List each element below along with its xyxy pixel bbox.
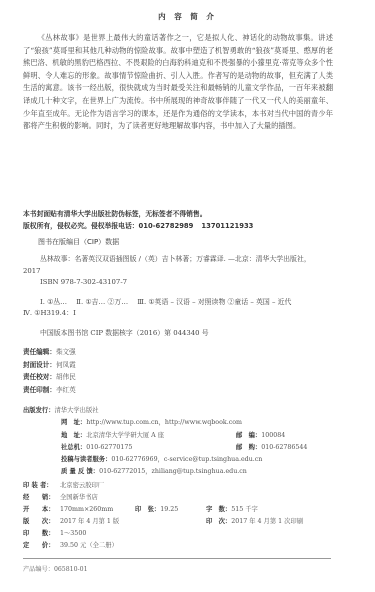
spec-distributor: 经 销：全国新华书店 xyxy=(23,492,353,504)
publisher-address: 地 址：北京清华大学学研大厦 A 座 邮 编：100084 xyxy=(23,430,353,442)
cip-heading: 图书在版编目（CIP）数据 xyxy=(38,237,119,247)
summary-title: 内 容 简 介 xyxy=(0,11,375,22)
cip-class-1: Ⅰ. ①丛… xyxy=(40,298,67,306)
notice-line-2: 版权所有，侵权必究。侵权举报电话：010-6278298913701121933 xyxy=(23,221,343,233)
publisher-reader-service: 投稿与读者服务：010-62776969，c-service@tup.tsing… xyxy=(23,454,353,466)
cip-isbn: ISBN 978-7-302-43107-7 xyxy=(23,277,345,289)
anti-counterfeit-notice: 本书封面贴有清华大学出版社防伪标签，无标签者不得销售。 版权所有，侵权必究。侵权… xyxy=(23,209,343,232)
cip-classification: Ⅰ. ①丛… Ⅱ. ①吉… ②万… Ⅲ. ①英语 – 汉语 – 对照读物 ②童话… xyxy=(23,297,345,309)
spec-sheets: 印 张：19.25 xyxy=(135,504,178,516)
cip-data: 丛林故事：名著英汉双语插图版 /（英）吉卜林著；万睿霖译. —北京：清华大学出版… xyxy=(23,254,345,339)
summary-text: 《丛林故事》是世界上最伟大的童话著作之一，它是拟人化、神话化的动物故事集。讲述了… xyxy=(23,32,333,133)
book-specs: 印 装 者：北京密云胶印厂 经 销：全国新华书店 开 本：170mm×260mm… xyxy=(23,480,353,553)
staff-printing: 责任印制：李红英 xyxy=(23,384,76,397)
spec-edition: 版 次：2017 年 4 月第 1 版 印 次：2017 年 4 月第 1 次印… xyxy=(23,516,353,528)
publisher-quality-feedback: 质 量 反 馈：010-62772015，zhiliang@tup.tsingh… xyxy=(23,466,353,478)
publisher-website: 网 址：http://www.tup.com.cn，http://www.wqb… xyxy=(23,417,353,429)
staff-editor: 责任编辑：柴文强 xyxy=(23,346,76,359)
staff-cover-design: 封面设计：何凤霞 xyxy=(23,359,76,372)
spec-price: 定 价：39.50 元（全二册） xyxy=(23,540,353,552)
spec-word-count: 字 数：515 千字 xyxy=(206,504,258,516)
spec-copies: 印 数：1～3500 xyxy=(23,528,353,540)
cip-entry-year: 2017 xyxy=(23,266,345,278)
cip-class-3: Ⅲ. ①英语 – 汉语 – 对照读物 ②童话 – 英国 – 近代 xyxy=(137,298,291,306)
publisher-switchboard: 社总机：010-62770175 邮 购：010-62786544 xyxy=(23,442,353,454)
spec-printer: 印 装 者：北京密云胶印厂 xyxy=(23,480,353,492)
staff-proofreader: 责任校对：胡伟民 xyxy=(23,371,76,384)
piracy-hotline-2: 13701121933 xyxy=(201,222,253,230)
copyright-page: 内 容 简 介 《丛林故事》是世界上最伟大的童话著作之一，它是拟人化、神话化的动… xyxy=(0,0,375,592)
spec-format: 开 本：170mm×260mm 印 张：19.25 字 数：515 千字 xyxy=(23,504,353,516)
summary-paragraph: 《丛林故事》是世界上最伟大的童话著作之一，它是拟人化、神话化的动物故事集。讲述了… xyxy=(23,32,333,133)
publisher-postcode: 邮 编：100084 xyxy=(236,430,285,442)
cip-entry: 丛林故事：名著英汉双语插图版 /（英）吉卜林著；万睿霖译. —北京：清华大学出版… xyxy=(23,254,345,266)
cip-class-4: Ⅳ. ①H319.4：Ⅰ xyxy=(23,308,345,320)
editorial-staff: 责任编辑：柴文强 封面设计：何凤霞 责任校对：胡伟民 责任印制：李红英 xyxy=(23,346,76,396)
divider-line xyxy=(23,558,331,559)
notice-line-1: 本书封面贴有清华大学出版社防伪标签，无标签者不得销售。 xyxy=(23,209,343,221)
publisher-mail-order: 邮 购：010-62786544 xyxy=(236,442,307,454)
product-code: 产品编号：065810-01 xyxy=(23,564,88,573)
publisher-name: 出版发行：清华大学出版社 xyxy=(23,405,353,417)
piracy-hotline: 版权所有，侵权必究。侵权举报电话：010-62782989 xyxy=(23,222,193,230)
publisher-info: 出版发行：清华大学出版社 网 址：http://www.tup.com.cn，h… xyxy=(23,405,353,479)
cip-record-number: 中国版本图书馆 CIP 数据核字（2016）第 044340 号 xyxy=(23,328,345,340)
cip-class-2: Ⅱ. ①吉… ②万… xyxy=(76,298,128,306)
spec-printing: 印 次：2017 年 4 月第 1 次印刷 xyxy=(206,516,303,528)
